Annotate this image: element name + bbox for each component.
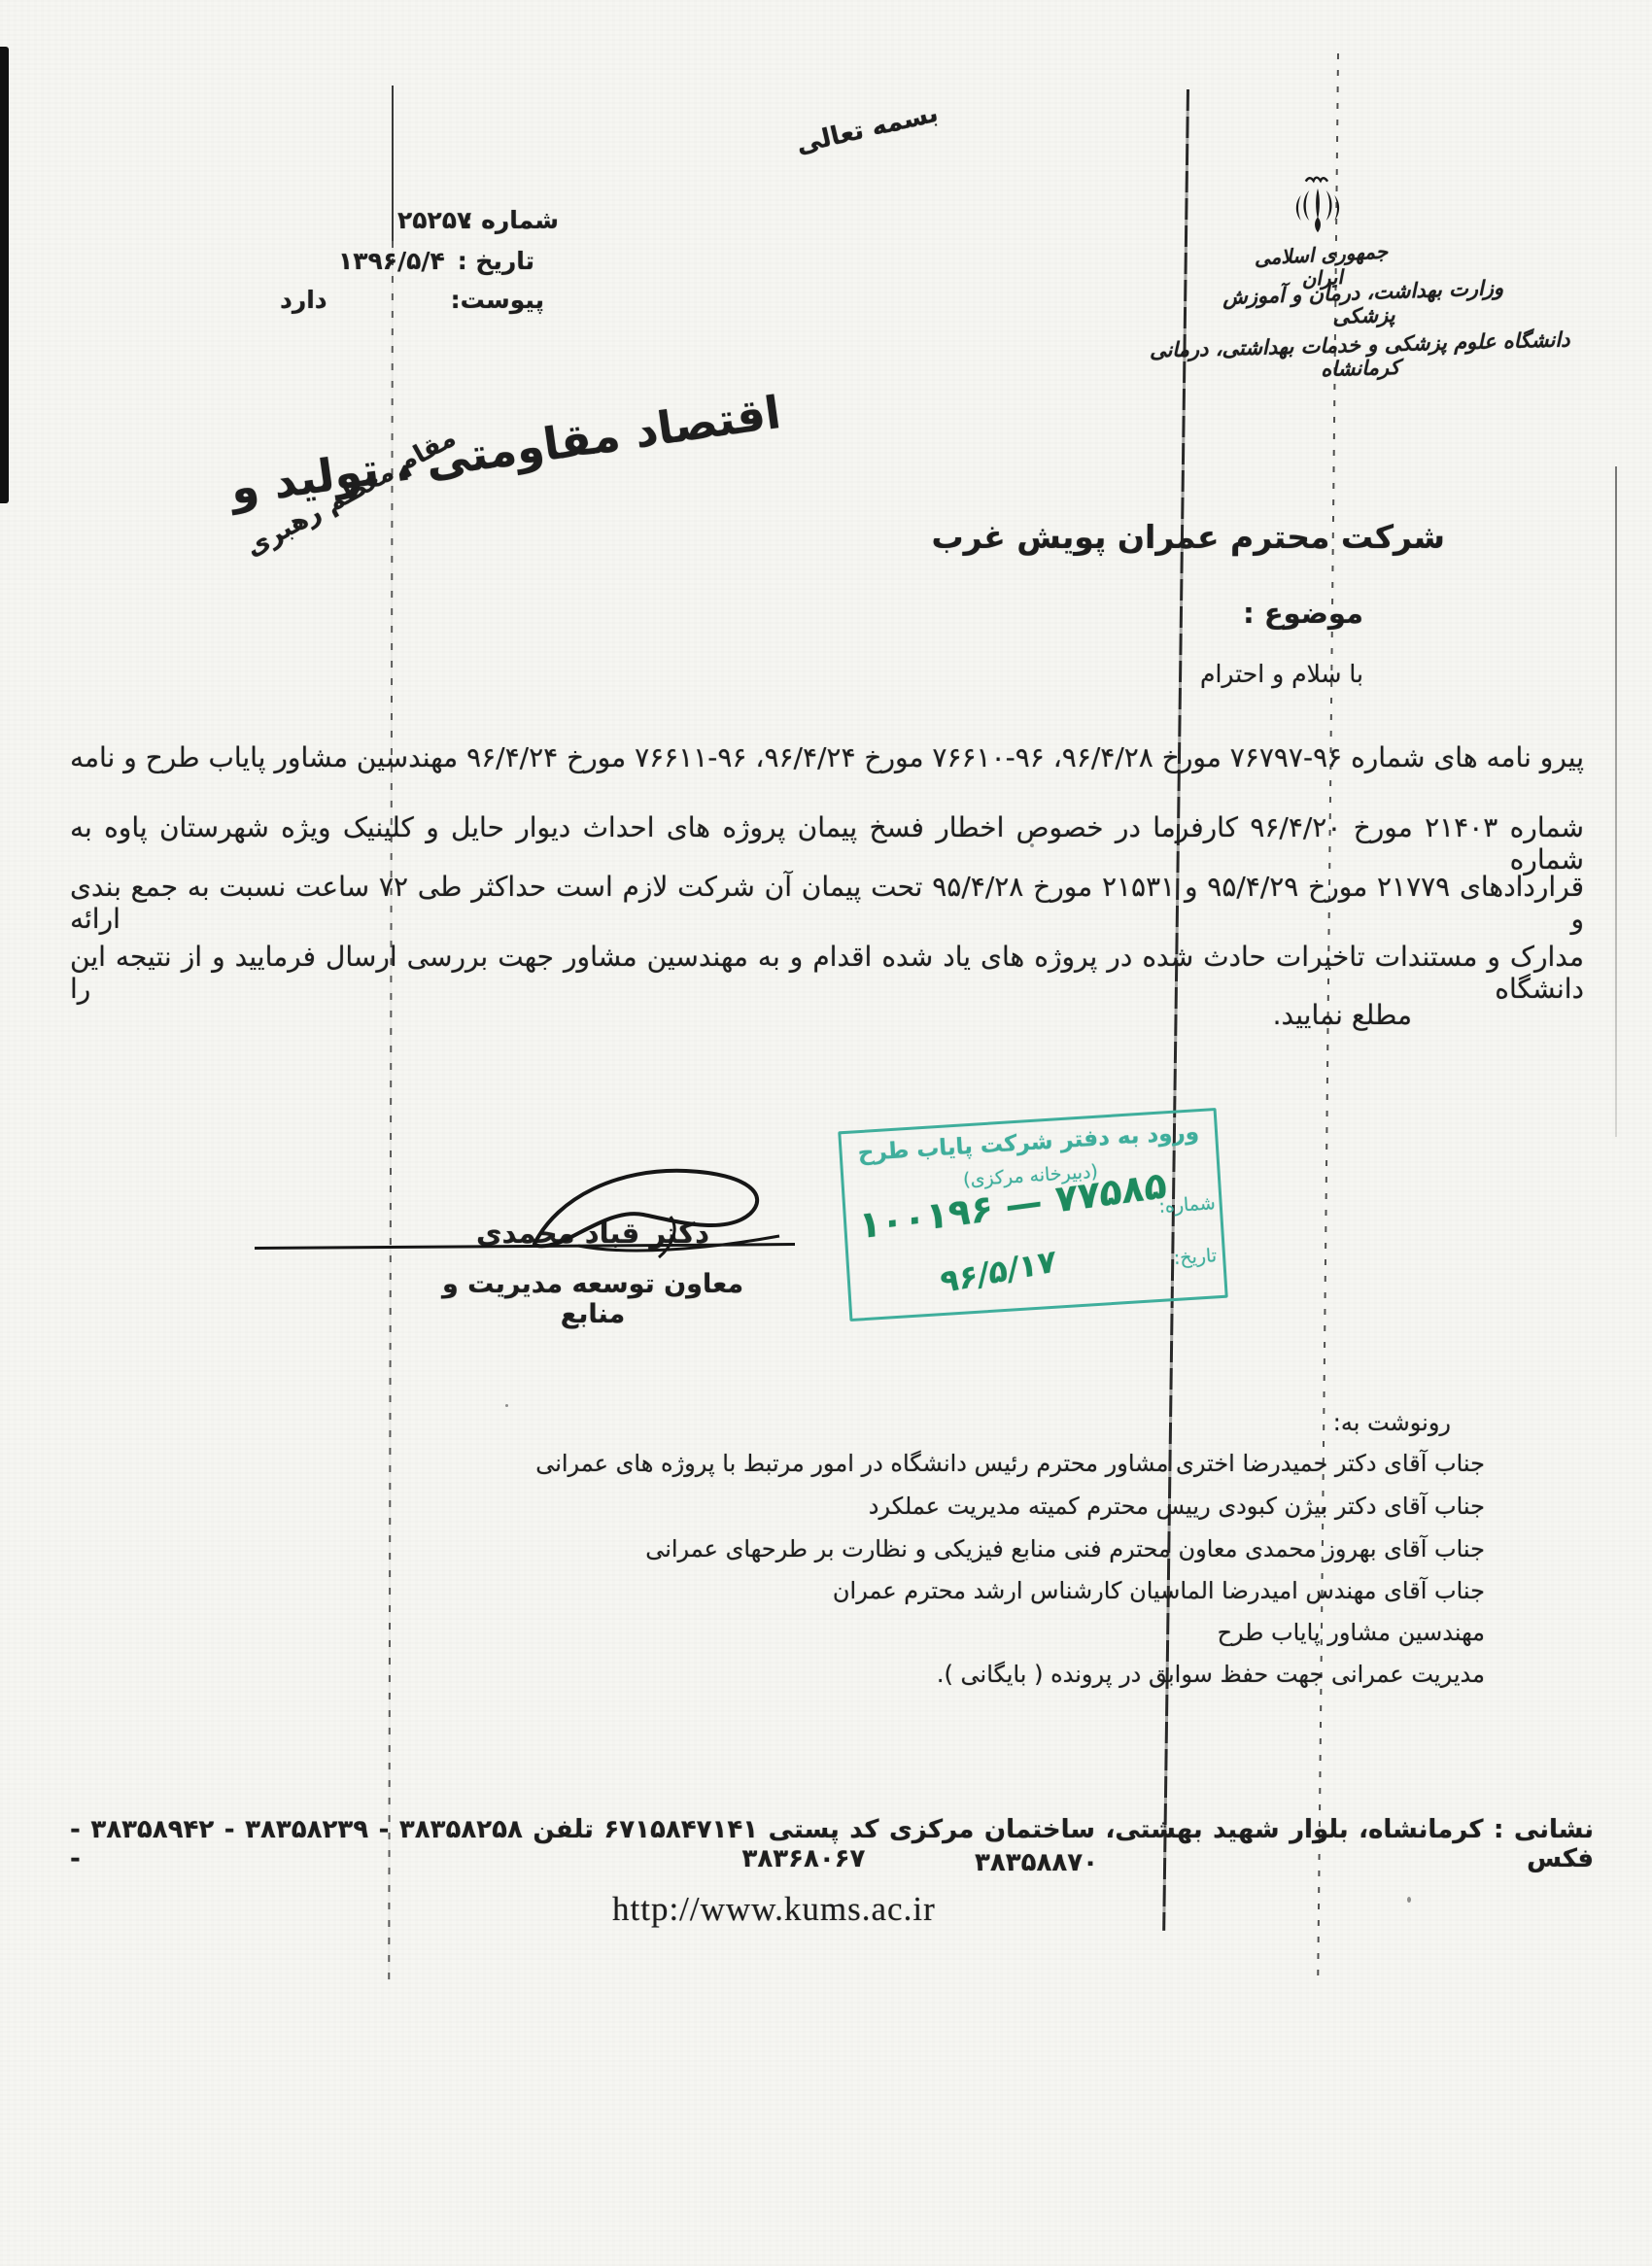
stamp-date-label: تاریخ: [1173,1245,1218,1269]
signatory-title: معاون توسعه مدیریت و منابع [418,1269,768,1329]
cc-item: مدیریت عمرانی جهت حفظ سوابق در پرونده ( … [937,1661,1485,1688]
cc-item: جناب آقای دکتر حمیدرضا اختری مشاور محترم… [535,1450,1485,1477]
body-line: مدارک و مستندات تاخیرات حادث شده در پروژ… [70,941,1584,1005]
body-line: قراردادهای ۲۱۷۷۹ مورخ ۹۵/۴/۲۹ و ۲۱۵۳۱ مو… [70,871,1584,935]
ref-number-value: ۲۵۲۵۷ [397,206,471,234]
stamp-date-handwritten: ۹۶/۵/۱۷ [940,1242,1057,1301]
cc-item: جناب آقای مهندس امیدرضا الماسیان کارشناس… [833,1577,1485,1604]
cc-item: جناب آقای بهروز محمدی معاون محترم فنی من… [645,1535,1485,1562]
addressee-line: شرکت محترم عمران پویش غرب [932,518,1445,556]
scan-speck [1407,1897,1411,1903]
handwritten-signature [525,1158,797,1267]
ref-date-value: ۱۳۹۶/۵/۴ [338,247,445,275]
body-line: شماره ۲۱۴۰۳ مورخ ۹۶/۴/۲۰ کارفرما در خصوص… [70,811,1584,875]
fold-line-left-dotted [388,241,394,1980]
footer-phone2: ۳۸۳۵۸۸۷۰ [975,1848,1098,1877]
ref-date-label: تاریخ : [458,247,534,275]
cc-item: جناب آقای دکتر بیژن کبودی رییس محترم کمی… [869,1493,1485,1520]
ref-attachment-value: دارد [280,286,327,314]
ref-attachment-label: پیوست: [451,286,544,314]
scanned-letter-page: بسمه تعالی جمهوری اسلامی ایران وزارت بهد… [0,0,1652,2266]
body-line: پیرو نامه های شماره ۹۶-۷۶۷۹۷ مورخ ۹۶/۴/۲… [70,741,1584,773]
salutation: با سلام و احترام [1200,660,1363,688]
cc-label: رونوشت به: [1333,1409,1451,1436]
ref-number-label: شماره : [463,206,559,234]
besmele-calligraphy: بسمه تعالی [794,99,942,160]
iran-emblem-icon [1283,169,1353,247]
letterhead-university: دانشگاه علوم پزشکی و خدمات بهداشتی، درما… [1138,327,1581,386]
footer-url: http://www.kums.ac.ir [612,1890,936,1929]
letterhead-ministry: وزارت بهداشت، درمان و آموزش پزشکی [1202,275,1524,332]
edge-line-right [1615,466,1617,1137]
scan-edge-bar [0,47,9,503]
fold-line-left-solid [392,86,394,241]
footer-address-line: نشانی : کرمانشاه، بلوار شهید بهشتی، ساخت… [70,1815,1594,1873]
entry-stamp: ورود به دفتر شرکت پایاب طرح (دبیرخانه مر… [838,1108,1228,1322]
cc-item: مهندسین مشاور پایاب طرح [1218,1619,1485,1646]
body-closing-line: مطلع نمایید. [1273,999,1412,1031]
subject-label: موضوع : [1243,597,1363,630]
scan-speck [505,1404,508,1407]
slogan-main: اقتصاد مقاومتی ، تولید و [343,386,783,498]
